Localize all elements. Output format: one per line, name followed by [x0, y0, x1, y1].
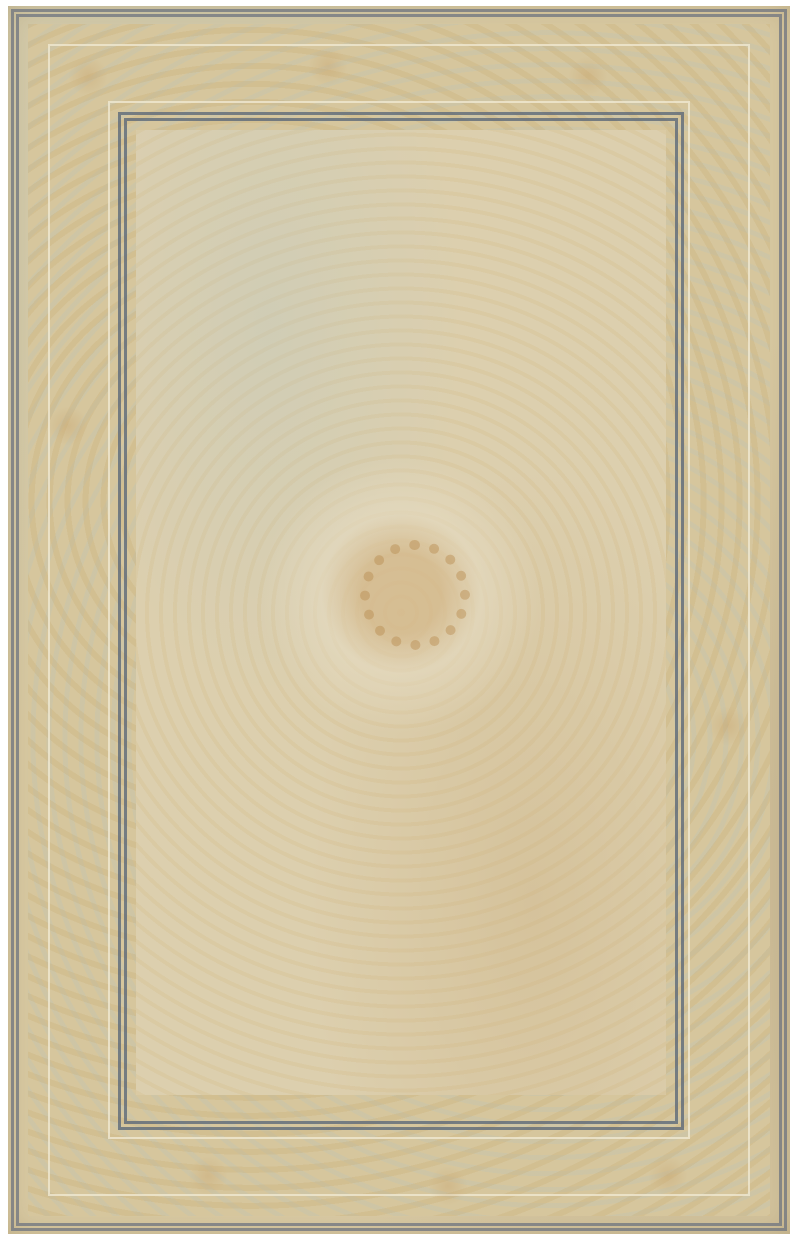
- border-motif: [308, 46, 348, 86]
- border-motif: [568, 56, 608, 96]
- border-motif: [188, 1156, 228, 1196]
- border-motif: [648, 1156, 688, 1196]
- central-medallion: [360, 540, 470, 650]
- border-motif: [708, 706, 748, 746]
- border-motif: [68, 56, 108, 96]
- border-motif: [428, 1166, 468, 1206]
- border-motif: [48, 406, 88, 446]
